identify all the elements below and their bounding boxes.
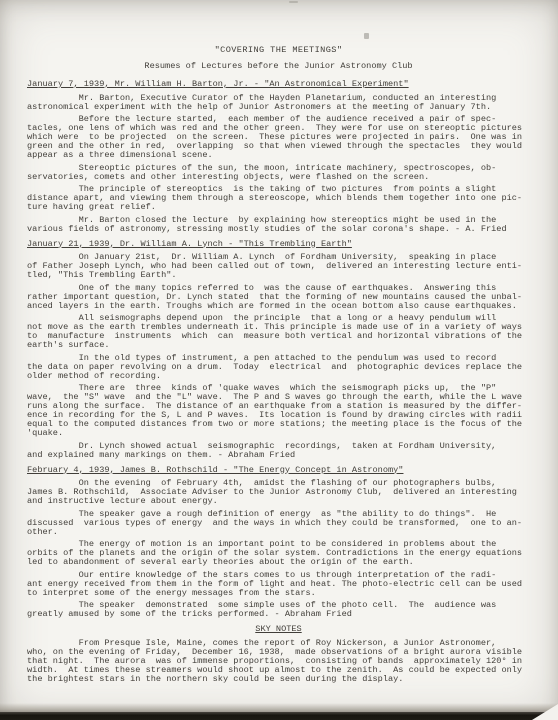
paragraph: Mr. Barton closed the lecture by explain… [27, 216, 530, 234]
page-content: "COVERING THE MEETINGS" Resumes of Lectu… [27, 46, 530, 690]
document-page: "COVERING THE MEETINGS" Resumes of Lectu… [0, 0, 558, 720]
section-heading-jan7: January 7, 1939, Mr. William H. Barton, … [27, 80, 530, 89]
paragraph: The principle of stereoptics is the taki… [27, 185, 530, 212]
section-jan21-lynch: January 21, 1939, Dr. William A. Lynch -… [27, 240, 530, 460]
paragraph: There are three kinds of 'quake waves wh… [27, 384, 530, 438]
paper-speck [289, 1, 298, 3]
paragraph: The speaker demonstrated some simple use… [27, 601, 530, 619]
section-heading-jan21: January 21, 1939, Dr. William A. Lynch -… [27, 240, 530, 249]
paragraph: The energy of motion is an important poi… [27, 540, 530, 567]
document-subtitle: Resumes of Lectures before the Junior As… [27, 62, 530, 71]
paragraph: The speaker gave a rough definition of e… [27, 510, 530, 537]
paragraph: On the evening of February 4th, amidst t… [27, 479, 530, 506]
paragraph: Dr. Lynch showed actual seismographic re… [27, 442, 530, 460]
paragraph: Stereoptic pictures of the sun, the moon… [27, 164, 530, 182]
section-jan7-barton: January 7, 1939, Mr. William H. Barton, … [27, 80, 530, 234]
paragraph: In the old types of instrument, a pen at… [27, 354, 530, 381]
paragraph: All seismographs depend upon the princip… [27, 314, 530, 350]
photo-edge-strip [0, 712, 558, 720]
section-sky-notes: SKY NOTES From Presque Isle, Maine, come… [27, 625, 530, 684]
paragraph: Before the lecture started, each member … [27, 115, 530, 160]
section-heading-feb4: February 4, 1939, James B. Rothschild - … [27, 466, 530, 475]
document-title: "COVERING THE MEETINGS" [27, 46, 530, 55]
section-heading-sky-notes: SKY NOTES [27, 625, 530, 634]
paragraph: From Presque Isle, Maine, comes the repo… [27, 639, 530, 684]
paragraph: One of the many topics referred to was t… [27, 284, 530, 311]
paper-speck [364, 33, 369, 39]
paragraph: Our entire knowledge of the stars comes … [27, 571, 530, 598]
paragraph: Mr. Barton, Executive Curator of the Hay… [27, 94, 530, 112]
section-feb4-rothschild: February 4, 1939, James B. Rothschild - … [27, 466, 530, 620]
paragraph: On January 21st, Dr. William A. Lynch of… [27, 253, 530, 280]
page-corner [532, 704, 558, 720]
